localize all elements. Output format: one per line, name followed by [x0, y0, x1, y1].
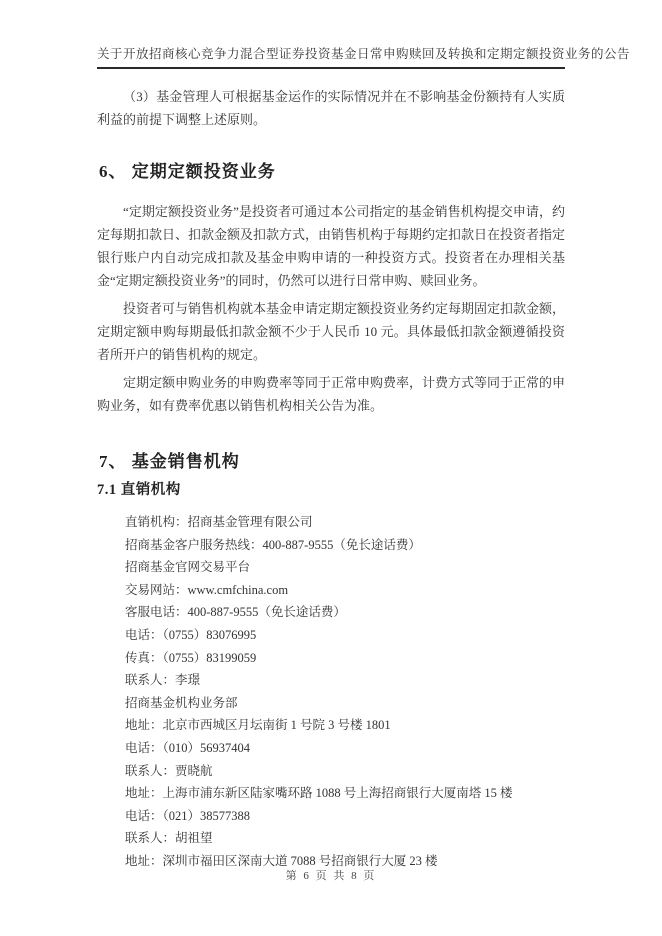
document-body: （3）基金管理人可根据基金运作的实际情况并在不影响基金份额持有人实质利益的前提下…	[97, 85, 565, 873]
body-paragraph: “定期定额投资业务”是投资者可通过本公司指定的基金销售机构提交申请，约定每期扣款…	[97, 200, 565, 292]
section-6-heading: 6、 定期定额投资业务	[99, 157, 565, 182]
page-number: 第 6 页 共 8 页	[286, 870, 377, 882]
contact-line: 招商基金官网交易平台	[97, 556, 565, 579]
document-header: 关于开放招商核心竞争力混合型证券投资基金日常申购赎回及转换和定期定额投资业务的公…	[97, 44, 565, 69]
direct-sales-contact-list: 直销机构：招商基金管理有限公司招商基金客户服务热线：400-887-9555（免…	[97, 511, 565, 873]
page-footer: 第 6 页 共 8 页	[0, 866, 662, 884]
contact-line: 交易网站：www.cmfchina.com	[97, 579, 565, 602]
contact-line: 地址：上海市浦东新区陆家嘴环路 1088 号上海招商银行大厦南塔 15 楼	[97, 782, 565, 805]
body-paragraph: 定期定额申购业务的申购费率等同于正常申购费率，计费方式等同于正常的申购业务，如有…	[97, 371, 565, 417]
contact-line: 电话：（0755）83076995	[97, 624, 565, 647]
contact-line: 招商基金客户服务热线：400-887-9555（免长途话费）	[97, 534, 565, 557]
body-paragraph: 投资者可与销售机构就本基金申请定期定额投资业务约定每期固定扣款金额，定期定额申购…	[97, 297, 565, 366]
contact-line: 电话：（010）56937404	[97, 737, 565, 760]
document-page: 关于开放招商核心竞争力混合型证券投资基金日常申购赎回及转换和定期定额投资业务的公…	[0, 0, 662, 936]
contact-line: 传真：（0755）83199059	[97, 647, 565, 670]
section-7-heading: 7、 基金销售机构	[99, 447, 565, 472]
contact-line: 地址：北京市西城区月坛南街 1 号院 3 号楼 1801	[97, 714, 565, 737]
contact-line: 联系人：胡祖望	[97, 827, 565, 850]
contact-line: 电话：（021）38577388	[97, 805, 565, 828]
contact-line: 联系人：贾晓航	[97, 760, 565, 783]
document-header-title: 关于开放招商核心竞争力混合型证券投资基金日常申购赎回及转换和定期定额投资业务的公…	[97, 44, 565, 62]
contact-line: 客服电话：400-887-9555（免长途话费）	[97, 601, 565, 624]
section-7-1-heading: 7.1 直销机构	[97, 478, 565, 499]
contact-line: 联系人：李璟	[97, 669, 565, 692]
contact-line: 直销机构：招商基金管理有限公司	[97, 511, 565, 534]
paragraph-principle-adjustment: （3）基金管理人可根据基金运作的实际情况并在不影响基金份额持有人实质利益的前提下…	[97, 85, 565, 131]
section-6-paragraphs: “定期定额投资业务”是投资者可通过本公司指定的基金销售机构提交申请，约定每期扣款…	[97, 200, 565, 417]
contact-line: 招商基金机构业务部	[97, 692, 565, 715]
